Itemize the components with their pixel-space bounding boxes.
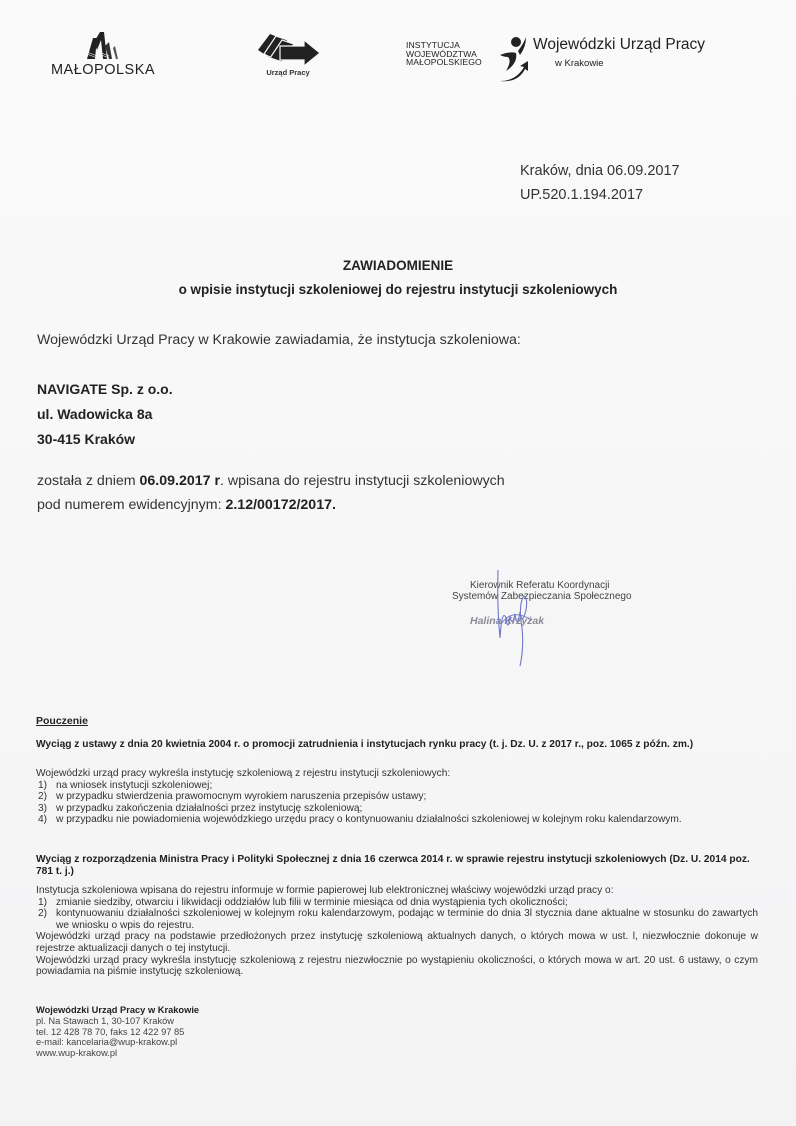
registration-line-1: została z dniem 06.09.2017 r. wpisana do…	[37, 473, 505, 489]
logo-malopolska-label: MAŁOPOLSKA	[48, 62, 158, 78]
list-item: 2)w przypadku stwierdzenia prawomocnym w…	[36, 791, 758, 803]
place-date: Kraków, dnia 06.09.2017	[520, 159, 680, 183]
section2-body: Instytucja szkoleniowa wpisana do rejest…	[36, 885, 758, 978]
section2-paragraph-2: Wojewódzki urząd pracy wykreśla instytuc…	[36, 955, 758, 978]
institution-address: NAVIGATE Sp. z o.o. ul. Wadowicka 8a 30-…	[37, 377, 173, 452]
list-item-text: kontynuowaniu działalności szkoleniowej …	[56, 908, 758, 931]
logo-instytucja-line: MAŁOPOLSKIEGO	[406, 58, 482, 67]
list-item-text: zmianie siedziby, otwarciu i likwidacji …	[56, 897, 568, 908]
malopolska-mountain-icon	[85, 30, 121, 60]
list-item-number: 4)	[38, 814, 47, 826]
institution-city: 30-415 Kraków	[37, 427, 173, 452]
document-title: ZAWIADOMIENIE	[0, 258, 796, 273]
registration-number-prefix: pod numerem ewidencyjnym:	[37, 497, 225, 513]
logo-instytucja-wojewodztwa: INSTYTUCJA WOJEWÓDZTWA MAŁOPOLSKIEGO	[406, 41, 482, 67]
list-item: 1)zmianie siedziby, otwarciu i likwidacj…	[36, 897, 758, 909]
footer-address: pl. Na Stawach 1, 30-107 Kraków	[36, 1016, 199, 1027]
registration-prefix: została z dniem	[37, 473, 140, 489]
document-page: MAŁOPOLSKA Urząd Pracy INSTYTUCJA WOJEWÓ…	[0, 0, 796, 1126]
registration-suffix: . wpisana do rejestru instytucji szkolen…	[220, 473, 505, 489]
logo-wup: Wojewódzki Urząd Pracy w Krakowie	[533, 36, 705, 69]
date-reference-block: Kraków, dnia 06.09.2017 UP.520.1.194.201…	[520, 159, 680, 207]
list-item: 3)w przypadku zakończenia działalności p…	[36, 803, 758, 815]
registration-line-2: pod numerem ewidencyjnym: 2.12/00172/201…	[37, 497, 336, 513]
list-item-text: na wniosek instytucji szkoleniowej;	[56, 780, 212, 791]
list-item-text: w przypadku zakończenia działalności prz…	[56, 803, 362, 814]
list-item: 2)kontynuowaniu działalności szkoleniowe…	[36, 908, 758, 931]
list-item-text: w przypadku stwierdzenia prawomocnym wyr…	[56, 791, 426, 802]
logo-urzad-pracy-label: Urząd Pracy	[246, 68, 330, 77]
document-subtitle: o wpisie instytucji szkoleniowej do reje…	[0, 282, 796, 297]
section2-intro: Instytucja szkoleniowa wpisana do rejest…	[36, 885, 758, 897]
institution-name: NAVIGATE Sp. z o.o.	[37, 377, 173, 402]
section1-list: 1)na wniosek instytucji szkoleniowej; 2)…	[36, 780, 758, 826]
section2-paragraph-1: Wojewódzki urząd pracy na podstawie prze…	[36, 931, 758, 954]
section1-title: Wyciąg z ustawy z dnia 20 kwietnia 2004 …	[36, 739, 758, 751]
registration-number: 2.12/00172/2017.	[225, 497, 335, 513]
logo-wup-title: Wojewódzki Urząd Pracy	[533, 36, 705, 54]
section1-body: Wojewódzki urząd pracy wykreśla instytuc…	[36, 768, 758, 826]
footer-website[interactable]: www.wup-krakow.pl	[36, 1048, 199, 1059]
list-item: 4)w przypadku nie powiadomienia wojewódz…	[36, 814, 758, 826]
footer-email[interactable]: e-mail: kancelaria@wup-krakow.pl	[36, 1037, 199, 1048]
reference-number: UP.520.1.194.2017	[520, 183, 680, 207]
footer-contact: Wojewódzki Urząd Pracy w Krakowie pl. Na…	[36, 1005, 199, 1059]
footer-org: Wojewódzki Urząd Pracy w Krakowie	[36, 1005, 199, 1016]
logo-wup-subtitle: w Krakowie	[555, 58, 705, 69]
list-item-number: 3)	[38, 803, 47, 815]
registration-date: 06.09.2017 r	[140, 473, 220, 489]
intro-text: Wojewódzki Urząd Pracy w Krakowie zawiad…	[37, 332, 521, 348]
person-arrow-icon	[496, 33, 530, 85]
list-item-number: 1)	[38, 780, 47, 792]
list-item: 1)na wniosek instytucji szkoleniowej;	[36, 780, 758, 792]
section2-title: Wyciąg z rozporządzenia Ministra Pracy i…	[36, 854, 758, 877]
logo-wup-mark	[496, 33, 530, 90]
list-item-number: 2)	[38, 791, 47, 803]
institution-street: ul. Wadowicka 8a	[37, 402, 173, 427]
list-item-text: w przypadku nie powiadomienia wojewódzki…	[56, 814, 682, 825]
footer-phone: tel. 12 428 78 70, faks 12 422 97 85	[36, 1027, 199, 1038]
handwritten-signature-icon	[488, 568, 548, 668]
list-item-number: 2)	[38, 908, 47, 920]
section2-list: 1)zmianie siedziby, otwarciu i likwidacj…	[36, 897, 758, 932]
pouczenie-heading: Pouczenie	[36, 716, 758, 728]
list-item-number: 1)	[38, 897, 47, 909]
section1-intro: Wojewódzki urząd pracy wykreśla instytuc…	[36, 768, 758, 780]
logo-malopolska: MAŁOPOLSKA	[48, 30, 158, 78]
cards-arrow-icon	[250, 28, 326, 68]
logo-urzad-pracy: Urząd Pracy	[246, 28, 330, 77]
